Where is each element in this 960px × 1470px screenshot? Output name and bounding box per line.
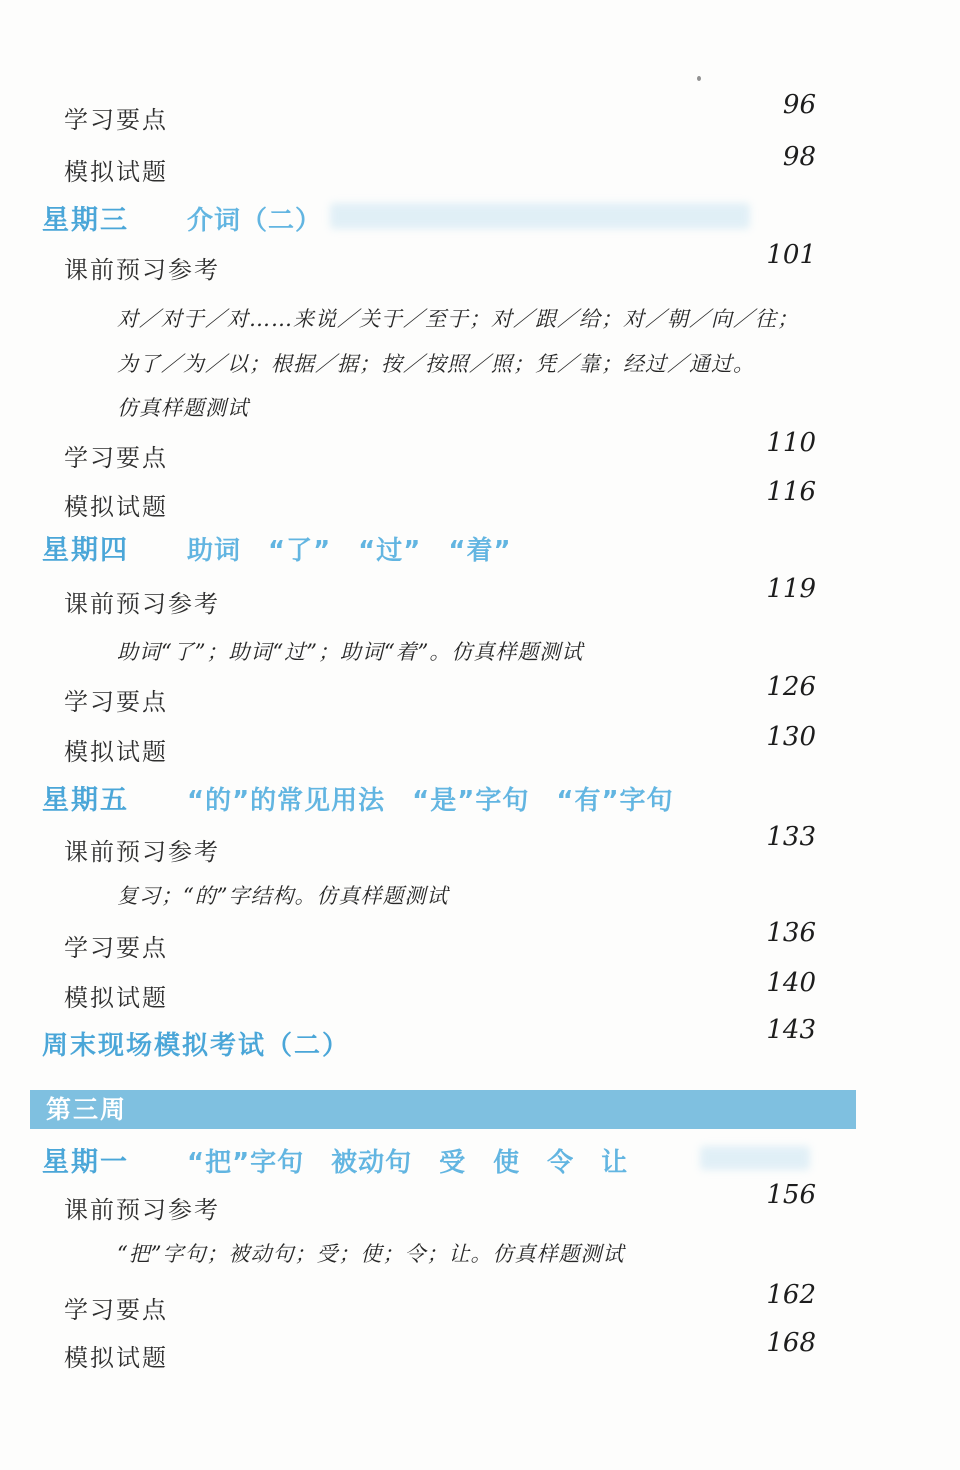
toc-row: 模拟试题 130 <box>42 732 816 767</box>
toc-row: 学习要点 96 <box>42 100 816 135</box>
week-3-banner-label: 第三周 <box>30 1090 127 1129</box>
week-topic-label: 介词（二） <box>187 200 322 237</box>
toc-row: 课前预习参考 101 <box>42 250 816 285</box>
toc-entry-label: 模拟试题 <box>42 152 168 187</box>
toc-detail-line: 对／对于／对……来说／关于／至于；对／跟／给；对／朝／向／往； <box>42 303 816 333</box>
weekday-label: 星期一 <box>42 1140 187 1179</box>
toc-row: 课前预习参考 156 <box>42 1190 816 1225</box>
week-heading: 星期五 “的”的常见用法 “是”字句 “有”字句 <box>42 778 816 817</box>
toc-detail-line: “把”字句；被动句；受；使；令；让。仿真样题测试 <box>42 1238 816 1268</box>
toc-page-number: 98 <box>783 142 816 172</box>
toc-row: 课前预习参考 119 <box>42 584 816 619</box>
toc-entry-label: 学习要点 <box>42 1290 168 1325</box>
toc-detail-text: “把”字句；被动句；受；使；令；让。仿真样题测试 <box>42 1238 624 1268</box>
toc-page-number: 119 <box>766 574 816 604</box>
toc-detail-text: 助词“了”；助词“过”；助词“着”。仿真样题测试 <box>42 636 583 666</box>
toc-detail-line: 为了／为／以；根据／据；按／按照／照；凭／靠；经过／通过。 <box>42 348 816 378</box>
week-topic-label: “把”字句 被动句 受 使 令 让 <box>187 1142 628 1179</box>
toc-detail-text: 对／对于／对……来说／关于／至于；对／跟／给；对／朝／向／往； <box>42 303 799 333</box>
toc-page-number: 116 <box>766 477 816 507</box>
toc-entry-label: 模拟试题 <box>42 1338 168 1373</box>
weekday-label: 星期五 <box>42 778 187 817</box>
toc-detail-text: 复习；“的”字结构。仿真样题测试 <box>42 880 448 910</box>
toc-entry-label: 模拟试题 <box>42 487 168 522</box>
toc-entry-label: 学习要点 <box>42 438 168 473</box>
toc-entry-label: 课前预习参考 <box>42 832 220 867</box>
toc-entry-label: 模拟试题 <box>42 978 168 1013</box>
toc-entry-label: 学习要点 <box>42 100 168 135</box>
toc-detail-text: 为了／为／以；根据／据；按／按照／照；凭／靠；经过／通过。 <box>42 348 755 378</box>
weekend-exam-heading: 周末现场模拟考试（二） 143 <box>42 1025 816 1062</box>
toc-detail-line: 助词“了”；助词“过”；助词“着”。仿真样题测试 <box>42 636 816 666</box>
toc-row: 模拟试题 140 <box>42 978 816 1013</box>
week-heading: 星期四 助词 “了” “过” “着” <box>42 528 816 567</box>
toc-page-number: 168 <box>766 1328 816 1358</box>
toc-detail-line: 仿真样题测试 <box>42 392 816 422</box>
toc-entry-label: 课前预习参考 <box>42 584 220 619</box>
scan-speck-artifact <box>697 76 701 81</box>
toc-page-number: 140 <box>766 968 816 998</box>
toc-row: 模拟试题 116 <box>42 487 816 522</box>
weekday-label: 星期四 <box>42 528 187 567</box>
toc-page-number: 96 <box>783 90 816 120</box>
toc-row: 课前预习参考 133 <box>42 832 816 867</box>
toc-page-number: 162 <box>766 1280 816 1310</box>
bleed-through-artifact <box>330 203 750 229</box>
toc-row: 模拟试题 168 <box>42 1338 816 1373</box>
toc-page-number: 136 <box>766 918 816 948</box>
toc-row: 学习要点 136 <box>42 928 816 963</box>
toc-detail-text: 仿真样题测试 <box>42 392 249 422</box>
toc-page-number: 156 <box>766 1180 816 1210</box>
toc-entry-label: 学习要点 <box>42 682 168 717</box>
toc-row: 学习要点 110 <box>42 438 816 473</box>
toc-row: 学习要点 126 <box>42 682 816 717</box>
toc-entry-label: 课前预习参考 <box>42 250 220 285</box>
toc-entry-label: 课前预习参考 <box>42 1190 220 1225</box>
toc-entry-label: 学习要点 <box>42 928 168 963</box>
week-3-banner: 第三周 <box>30 1090 856 1129</box>
week-topic-label: “的”的常见用法 “是”字句 “有”字句 <box>187 780 674 817</box>
week-topic-label: 助词 “了” “过” “着” <box>187 530 512 567</box>
section-heading-label: 周末现场模拟考试（二） <box>42 1025 350 1062</box>
toc-page-number: 101 <box>766 240 816 270</box>
toc-row: 模拟试题 98 <box>42 152 816 187</box>
toc-page-number: 130 <box>766 722 816 752</box>
toc-page-number: 110 <box>766 428 816 458</box>
bleed-through-artifact <box>700 1146 810 1170</box>
toc-page-number: 126 <box>766 672 816 702</box>
toc-page-number: 143 <box>766 1015 816 1045</box>
toc-entry-label: 模拟试题 <box>42 732 168 767</box>
toc-detail-line: 复习；“的”字结构。仿真样题测试 <box>42 880 816 910</box>
toc-scanned-page: 学习要点 96 模拟试题 98 星期三 介词（二） 课前预习参考 101 对／对… <box>0 0 960 1470</box>
toc-row: 学习要点 162 <box>42 1290 816 1325</box>
toc-page-number: 133 <box>766 822 816 852</box>
weekday-label: 星期三 <box>42 198 187 237</box>
